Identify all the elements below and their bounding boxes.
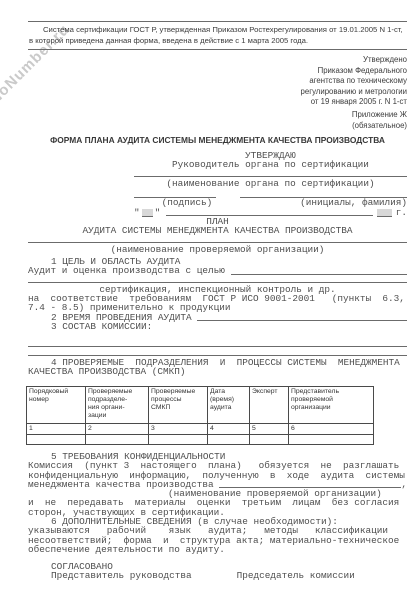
section4-heading-line: КАЧЕСТВА ПРОИЗВОДСТВА (СМКП) <box>28 367 407 376</box>
approval-order-block: Утверждено Приказом Федерального агентст… <box>28 55 407 108</box>
regulation-note: Система сертификации ГОСТ Р, утвержденна… <box>28 21 407 50</box>
audit-time-fill-line <box>197 313 407 321</box>
column-header: Порядковый номер <box>27 387 86 424</box>
column-header: Дата (время) аудита <box>208 387 250 424</box>
org-caption: (наименование проверяемой организации) <box>28 245 407 254</box>
approval-order-line: Приказом Федерального <box>28 66 407 77</box>
signature-caption: (подпись) <box>134 198 240 207</box>
stamp-role: Руководитель органа по сертификации <box>134 160 407 169</box>
table-cell: 3 <box>149 424 208 435</box>
annex-block: Приложение Ж (обязательное) <box>28 110 407 131</box>
org-name-fill-line <box>134 170 407 179</box>
signature-captions-row: (подпись) (инициалы, фамилия) <box>134 198 407 207</box>
audit-goal-label: Аудит и оценка производства с целью <box>28 266 231 275</box>
sections-1-4: 1 ЦЕЛЬ И ОБЛАСТЬ АУДИТА Аудит и оценка п… <box>28 257 407 377</box>
table-cell: 2 <box>86 424 149 435</box>
column-number-row: 1 2 3 4 5 6 <box>27 424 374 435</box>
approve-stamp: УТВЕРЖДАЮ Руководитель органа по сертифи… <box>134 151 407 217</box>
date-line: " " г. <box>134 207 407 217</box>
approval-order-line: от 19 января 2005 г. N 1-ст <box>28 97 407 108</box>
table-cell: 1 <box>27 424 86 435</box>
audit-goal-line: Аудит и оценка производства с целью <box>28 266 407 275</box>
table-cell <box>27 435 86 445</box>
column-header: Проверяемые подразделе- ния органи- заци… <box>86 387 149 424</box>
commission-fill-line <box>28 339 407 348</box>
audit-goal-fill-line <box>231 266 407 274</box>
table-cell: 6 <box>289 424 374 435</box>
commission-chairman-label: Председатель комиссии <box>237 571 355 580</box>
section5-org-comma: , <box>401 480 407 489</box>
initials-caption: (инициалы, фамилия) <box>240 198 407 207</box>
approval-order-line: Утверждено <box>28 55 407 66</box>
empty-row <box>27 435 374 445</box>
org-name-caption: (наименование органа по сертификации) <box>134 179 407 188</box>
goal-fill-line <box>28 276 407 285</box>
table-cell: 5 <box>250 424 289 435</box>
column-header: Проверяемые процессы СМКП <box>149 387 208 424</box>
table-cell <box>289 435 374 445</box>
approval-order-line: регулированию и метрологии <box>28 87 407 98</box>
table-cell <box>208 435 250 445</box>
section5-org-fill-line <box>219 480 401 488</box>
form-title: ФОРМА ПЛАНА АУДИТА СИСТЕМЫ МЕНЕДЖМЕНТА К… <box>28 135 407 145</box>
annex-label: Приложение Ж <box>28 110 407 121</box>
column-header: Представитель проверяемой организации <box>289 387 374 424</box>
management-representative-label: Представитель руководства <box>51 571 192 580</box>
table-cell <box>86 435 149 445</box>
signatories-row: Представитель руководства Председатель к… <box>28 571 407 580</box>
table-header-row: Порядковый номер Проверяемые подразделе-… <box>27 387 374 424</box>
sections-5-6-footer: 5 ТРЕБОВАНИЯ КОНФИДЕНЦИАЛЬНОСТИ Комиссия… <box>28 452 407 580</box>
column-header: Эксперт <box>250 387 289 424</box>
approval-order-line: агентства по техническому <box>28 76 407 87</box>
audit-schedule-table: Порядковый номер Проверяемые подразделе-… <box>26 386 374 445</box>
table-cell <box>250 435 289 445</box>
spacer <box>28 331 407 339</box>
org-fill-line <box>28 236 407 245</box>
commission-heading: 3 СОСТАВ КОМИССИИ: <box>28 322 407 331</box>
commission-fill-line <box>28 349 407 358</box>
plan-heading: ПЛАН АУДИТА СИСТЕМЫ МЕНЕДЖМЕНТА КАЧЕСТВА… <box>28 217 407 254</box>
spacer <box>216 188 240 198</box>
table-cell: 4 <box>208 424 250 435</box>
document-page: NoNumber.ru Система сертификации ГОСТ Р,… <box>0 0 420 600</box>
section6-text-line: обеспечение деятельности по аудиту. <box>28 545 407 554</box>
plan-title-line: АУДИТА СИСТЕМЫ МЕНЕДЖМЕНТА КАЧЕСТВА ПРОИ… <box>28 226 407 235</box>
table-cell <box>149 435 208 445</box>
annex-type: (обязательное) <box>28 121 407 132</box>
spacer <box>192 571 237 580</box>
